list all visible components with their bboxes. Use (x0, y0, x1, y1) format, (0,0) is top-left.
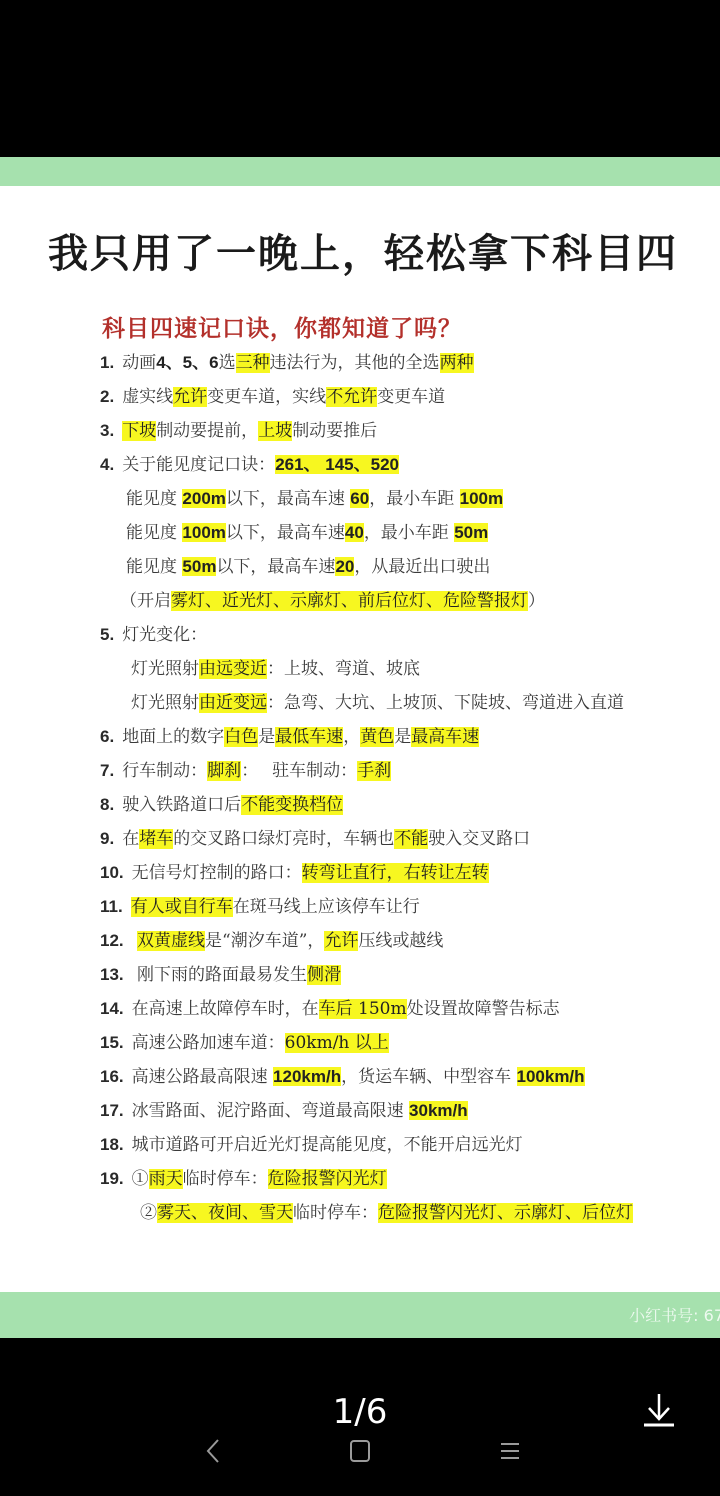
item-text: 灯光变化： (122, 625, 207, 645)
list-item: 12. 双黄虚线是“潮汐车道”，允许压线或越线 (100, 926, 443, 956)
item-text: 制动要提前， (156, 421, 258, 441)
item-text: 刚下雨的路面最易发生 (132, 965, 307, 985)
item-text: ： 驻车制动： (241, 761, 357, 781)
list-item: 2.虚实线允许变更车道，实线不允许变更车道 (100, 382, 445, 412)
highlighted-text: 侧滑 (307, 965, 341, 985)
item-text: ：上坡、弯道、坡底 (267, 659, 420, 679)
list-item: 18.城市道路可开启近光灯提高能见度，不能开启远光灯 (100, 1130, 523, 1160)
item-text: 高速公路最高限速 (132, 1067, 273, 1087)
highlighted-text: 堵车 (139, 829, 173, 849)
highlighted-text: 100m (460, 489, 503, 508)
highlighted-text: 不允许 (326, 387, 377, 407)
item-text: 以下，最高车速 (226, 523, 345, 543)
item-text: ② (140, 1203, 157, 1223)
item-text: ， (343, 727, 360, 747)
list-item: ②雾天、夜间、雪天临时停车：危险报警闪光灯、示廓灯、后位灯 (140, 1198, 633, 1228)
nav-home-button[interactable] (346, 1436, 374, 1466)
highlighted-text: 上坡 (258, 421, 292, 441)
item-number: 4. (100, 455, 114, 474)
item-number: 12. (100, 931, 124, 950)
highlighted-text: 40 (345, 523, 364, 542)
back-icon (198, 1434, 228, 1468)
item-number: 15. (100, 1033, 124, 1052)
item-text: 能见度 (126, 523, 182, 543)
highlighted-text: 60km/h 以上 (285, 1033, 389, 1053)
highlighted-text: 允许 (173, 387, 207, 407)
item-number: 2. (100, 387, 114, 406)
list-item: 能见度 100m以下，最高车速40，最小车距 50m (126, 518, 488, 548)
green-header-band (0, 157, 720, 186)
item-text: 无信号灯控制的路口： (132, 863, 302, 883)
list-item: 9.在堵车的交叉路口绿灯亮时，车辆也不能驶入交叉路口 (100, 824, 530, 854)
list-item: 能见度 50m以下，最高车速20，从最近出口驶出 (126, 552, 490, 582)
item-text: 冰雪路面、泥泞路面、弯道最高限速 (132, 1101, 409, 1121)
item-text: 驶入铁路道口后 (122, 795, 241, 815)
item-text: 在斑马线上应该停车让行 (233, 897, 420, 917)
item-number: 8. (100, 795, 114, 814)
item-number: 6. (100, 727, 114, 746)
home-icon (346, 1436, 374, 1466)
highlighted-text: 雾天、夜间、雪天 (157, 1203, 293, 1223)
list-item: 16.高速公路最高限速 120km/h，货运车辆、中型容车 100km/h (100, 1062, 585, 1092)
item-text: 变更车道，实线 (207, 387, 326, 407)
highlighted-text: 不能 (394, 829, 428, 849)
highlighted-text: 车后 150m (319, 999, 407, 1019)
item-text: 是 (394, 727, 411, 747)
item-text: ，从最近出口驶出 (354, 557, 490, 577)
highlighted-text: 转弯让直行，右转让左转 (302, 863, 489, 883)
highlighted-text: 两种 (440, 353, 474, 373)
item-text: 能见度 (126, 557, 182, 577)
item-number: 3. (100, 421, 114, 440)
item-text: 城市道路可开启近光灯提高能见度，不能开启远光灯 (132, 1135, 523, 1155)
list-item: 14.在高速上故障停车时，在车后 150m处设置故障警告标志 (100, 994, 560, 1024)
item-text: 在 (122, 829, 139, 849)
item-number: 10. (100, 863, 124, 882)
highlighted-text: 50m (454, 523, 488, 542)
item-text: 虚实线 (122, 387, 173, 407)
item-text: ：急弯、大坑、上坡顶、下陡坡、弯道进入直道 (267, 693, 624, 713)
document-title: 我只用了一晚上，轻松拿下科目四 (48, 222, 678, 279)
list-item: 3.下坡制动要提前，上坡制动要推后 (100, 416, 377, 446)
item-text: 行车制动： (122, 761, 207, 781)
item-number: 1. (100, 353, 114, 372)
highlighted-text: 最高车速 (411, 727, 479, 747)
item-text: 变更车道 (377, 387, 445, 407)
highlighted-text: 脚刹 (207, 761, 241, 781)
highlighted-text: 100km/h (517, 1067, 585, 1086)
highlighted-text: 三种 (236, 353, 270, 373)
highlighted-text: 雾灯、近光灯、示廓灯、前后位灯、危险警报灯 (171, 591, 528, 611)
highlighted-text: 20 (335, 557, 354, 576)
item-text: 的交叉路口绿灯亮时，车辆也 (173, 829, 394, 849)
highlighted-text: 50m (182, 557, 216, 576)
nav-recent-apps-button[interactable] (496, 1436, 524, 1466)
highlighted-text: 不能变换档位 (241, 795, 343, 815)
watermark: 小红书号: 67 (629, 1303, 720, 1326)
item-number: 9. (100, 829, 114, 848)
list-item: 17.冰雪路面、泥泞路面、弯道最高限速 30km/h (100, 1096, 468, 1126)
highlighted-text: 雨天 (149, 1169, 183, 1189)
item-text: ，最小车距 (364, 523, 454, 543)
list-item: 5.灯光变化： (100, 620, 207, 650)
item-text: ） (528, 591, 545, 611)
highlighted-text: 危险报警闪光灯 (268, 1169, 387, 1189)
item-text: 是“潮汐车道”， (205, 931, 324, 951)
item-text: 压线或越线 (358, 931, 443, 951)
highlighted-text: 允许 (324, 931, 358, 951)
item-number: 5. (100, 625, 114, 644)
item-text: 选 (219, 353, 236, 373)
list-item: 19.①雨天临时停车：危险报警闪光灯 (100, 1164, 387, 1194)
item-number: 16. (100, 1067, 124, 1086)
item-text: 是 (258, 727, 275, 747)
item-text: 能见度 (126, 489, 182, 509)
item-text: 临时停车： (293, 1203, 378, 1223)
list-item: 灯光照射由远变近：上坡、弯道、坡底 (131, 654, 420, 684)
download-icon (641, 1390, 677, 1430)
document-subtitle: 科目四速记口诀，你都知道了吗？ (102, 310, 462, 343)
item-number: 14. (100, 999, 124, 1018)
list-item: 1.动画4、5、6选三种违法行为，其他的全选两种 (100, 348, 474, 378)
item-number: 7. (100, 761, 114, 780)
nav-back-button[interactable] (198, 1434, 228, 1468)
item-text: 动画 (122, 353, 156, 373)
item-text: 违法行为，其他的全选 (270, 353, 440, 373)
download-button[interactable] (641, 1390, 677, 1430)
highlighted-text: 有人或自行车 (131, 897, 233, 917)
list-item: 灯光照射由近变远：急弯、大坑、上坡顶、下陡坡、弯道进入直道 (131, 688, 624, 718)
highlighted-text: 261、 145、520 (275, 455, 399, 474)
list-item: 能见度 200m以下，最高车速 60，最小车距 100m (126, 484, 503, 514)
list-item: 6.地面上的数字白色是最低车速，黄色是最高车速 (100, 722, 479, 752)
item-text: 处设置故障警告标志 (407, 999, 560, 1019)
list-item: 10.无信号灯控制的路口：转弯让直行，右转让左转 (100, 858, 489, 888)
highlighted-text: 最低车速 (275, 727, 343, 747)
highlighted-text: 120km/h (273, 1067, 341, 1086)
highlighted-text: 双黄虚线 (137, 931, 205, 951)
list-item: 11.有人或自行车在斑马线上应该停车让行 (100, 892, 420, 922)
item-text: 灯光照射 (131, 659, 199, 679)
item-text: 制动要推后 (292, 421, 377, 441)
highlighted-text: 下坡 (122, 421, 156, 441)
item-number: 18. (100, 1135, 124, 1154)
highlighted-text: 60 (350, 489, 369, 508)
item-text: 临时停车： (183, 1169, 268, 1189)
item-number: 11. (100, 897, 123, 916)
item-text: 在高速上故障停车时，在 (132, 999, 319, 1019)
page-counter: 1/6 (0, 1392, 720, 1432)
list-item: 4.关于能见度记口诀：261、 145、520 (100, 450, 399, 480)
list-item: 8.驶入铁路道口后不能变换档位 (100, 790, 343, 820)
item-number: 13. (100, 965, 124, 984)
item-text: 驶入交叉路口 (428, 829, 530, 849)
item-text: 高速公路加速车道： (132, 1033, 285, 1053)
highlighted-text: 白色 (224, 727, 258, 747)
highlighted-text: 危险报警闪光灯、示廓灯、后位灯 (378, 1203, 633, 1223)
list-item: 13. 刚下雨的路面最易发生侧滑 (100, 960, 341, 990)
highlighted-text: 30km/h (409, 1101, 468, 1120)
item-text: 地面上的数字 (122, 727, 224, 747)
item-text: ，货运车辆、中型容车 (341, 1067, 516, 1087)
item-text: 灯光照射 (131, 693, 199, 713)
highlighted-text: 黄色 (360, 727, 394, 747)
list-item: 7.行车制动：脚刹： 驻车制动：手刹 (100, 756, 391, 786)
highlighted-text: 由远变近 (199, 659, 267, 679)
recent-apps-icon (496, 1436, 524, 1466)
item-text: 4、5、6 (156, 353, 218, 372)
green-footer-band: 小红书号: 67 (0, 1292, 720, 1338)
item-text: ① (132, 1169, 149, 1189)
viewer-bottom-bar: 1/6 (0, 1338, 720, 1496)
item-text: 以下，最高车速 (226, 489, 350, 509)
highlighted-text: 由近变远 (199, 693, 267, 713)
document-image: 我只用了一晚上，轻松拿下科目四 科目四速记口诀，你都知道了吗？ 1.动画4、5、… (0, 186, 720, 1292)
item-number: 17. (100, 1101, 124, 1120)
highlighted-text: 手刹 (357, 761, 391, 781)
list-item: （开启雾灯、近光灯、示廓灯、前后位灯、危险警报灯） (120, 586, 545, 616)
list-item: 15.高速公路加速车道：60km/h 以上 (100, 1028, 389, 1058)
item-text: （开启 (120, 591, 171, 611)
item-text: 关于能见度记口诀： (122, 455, 275, 475)
item-text: ，最小车距 (369, 489, 459, 509)
item-number: 19. (100, 1169, 124, 1188)
top-black-area (0, 0, 720, 157)
item-text: 以下，最高车速 (216, 557, 335, 577)
highlighted-text: 100m (182, 523, 225, 542)
highlighted-text: 200m (182, 489, 225, 508)
